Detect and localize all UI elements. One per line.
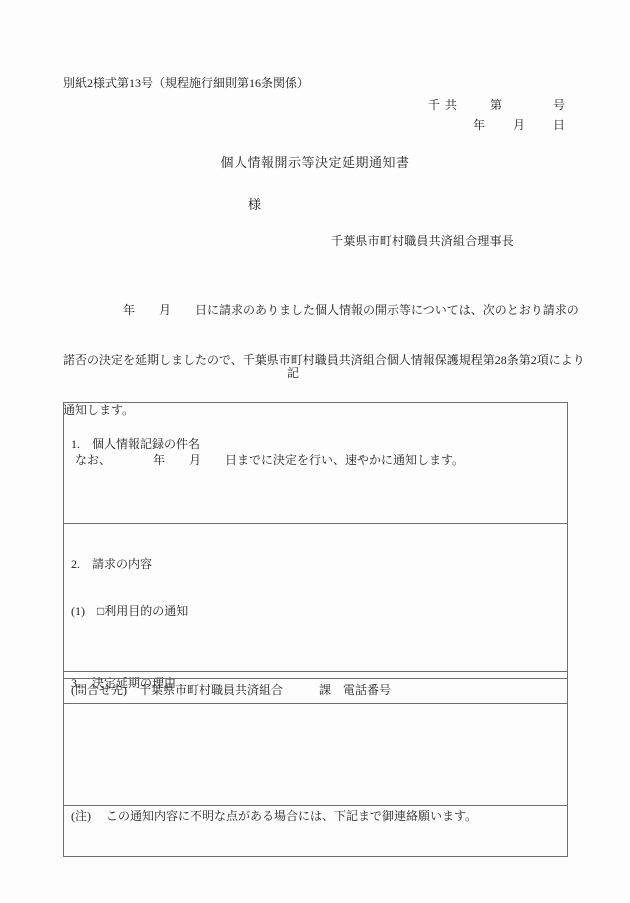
table-row-request-content: 2. 請求の内容 (1) □利用目的の通知 (2) □開示（□閲覧 □写しの手交… <box>64 523 567 626</box>
request-section-title: 2. 請求の内容 <box>71 556 560 573</box>
form-number-label: 別紙2様式第13号（規程施行細則第16条関係） <box>63 76 309 91</box>
doc-number-suffix: 号 <box>553 98 565 113</box>
date-day-label: 日 <box>553 118 565 133</box>
addressee-honorific: 様 <box>248 197 261 213</box>
document-title: 個人情報開示等決定延期通知書 <box>0 155 630 171</box>
contact-box: (問合せ先) 千葉県市町村職員共済組合 課 電話番号 <box>63 678 568 704</box>
table-row-note: (注) この通知内容に不明な点がある場合には、下記まで御連絡願います。 <box>64 805 567 826</box>
document-page: 別紙2様式第13号（規程施行細則第16条関係） 千 共 第 号 年 月 日 個人… <box>0 0 630 903</box>
request-item-notification: (1) □利用目的の通知 <box>71 603 560 620</box>
doc-number-office-code: 千 共 <box>428 98 458 113</box>
date-year-label: 年 <box>473 118 485 133</box>
sender-title: 千葉県市町村職員共済組合理事長 <box>331 234 514 249</box>
table-row-record-subject: 1. 個人情報記録の件名 <box>64 433 567 478</box>
record-marker: 記 <box>0 366 586 381</box>
date-month-label: 月 <box>513 118 525 133</box>
body-line-1: 年 月 日に請求のありました個人情報の開示等については、次のとおり請求の <box>63 300 593 320</box>
notice-table: 1. 個人情報記録の件名 2. 請求の内容 (1) □利用目的の通知 (2) □… <box>63 402 568 857</box>
doc-number-prefix: 第 <box>490 98 502 113</box>
